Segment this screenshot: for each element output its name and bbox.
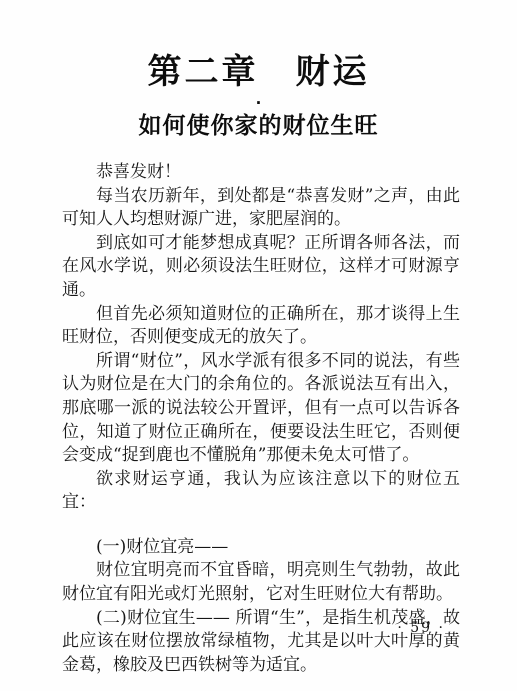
paragraph: 但首先必须知道财位的正确所在，那才谈得上生旺财位，否则便变成无的放矢了。 [62, 303, 460, 350]
body-text: 恭喜发财！ 每当农历新年，到处都是“恭喜发财”之声，由此可知人人均想财源广进，家… [62, 161, 460, 677]
paragraph: 财位宜明亮而不宜昏暗，明亮则生气勃勃，故此财位宜有阳光或灯光照射，它对生旺财位大… [62, 559, 460, 606]
paragraph: 欲求财运亨通，我认为应该注意以下的财位五宜： [62, 468, 460, 515]
paragraph-item-1-heading: (一)财位宜亮—— [62, 536, 460, 560]
page-number: · 59 · [397, 620, 445, 636]
paragraph: 每当农历新年，到处都是“恭喜发财”之声，由此可知人人均想财源广进，家肥屋润的。 [62, 185, 460, 232]
section-subtitle: 如何使你家的财位生旺 [0, 113, 517, 141]
book-page: 第二章 财运 · 如何使你家的财位生旺 恭喜发财！ 每当农历新年，到处都是“恭喜… [0, 0, 517, 691]
separator-dot: · [0, 96, 517, 110]
paragraph: 到底如可才能梦想成真呢？正所谓各师各法，而在风水学说，则必须设法生旺财位，这样才… [62, 232, 460, 303]
paragraph: 所谓“财位”，风水学派有很多不同的说法，有些认为财位是在大门的余角位的。各派说法… [62, 350, 460, 468]
paragraph-greeting: 恭喜发财！ [62, 161, 460, 185]
paragraph-item-2: (二)财位宜生—— 所谓“生”，是指生机茂盛，故此应该在财位摆放常绿植物，尤其是… [62, 607, 460, 678]
chapter-title: 第二章 财运 [0, 0, 517, 91]
